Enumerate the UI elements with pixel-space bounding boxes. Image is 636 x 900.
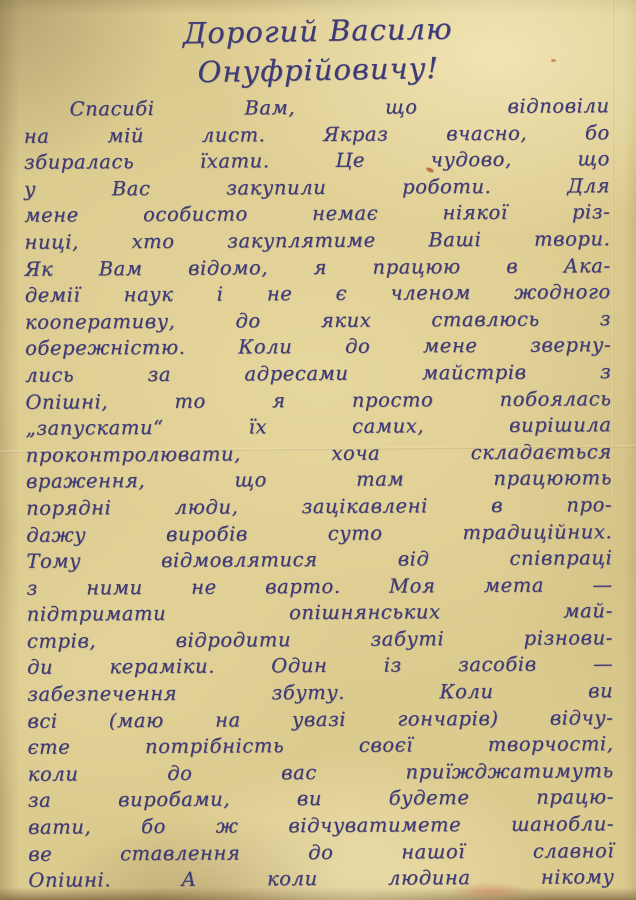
handwritten-line: коли до вас приїжджатимуть xyxy=(28,758,614,788)
handwritten-line: забезпечення збуту. Коли ви xyxy=(27,678,613,708)
handwritten-line: підтримати опішнянських май- xyxy=(27,598,613,628)
handwritten-line: мене особисто немає ніякої різ- xyxy=(24,200,610,230)
handwritten-line: порядні люди, зацікавлені в про- xyxy=(26,492,612,522)
handwritten-line: дажу виробів суто традиційних. xyxy=(26,519,612,549)
handwritten-line: Спасибі Вам, що відповіли xyxy=(24,93,610,123)
handwritten-line: лись за адресами майстрів з xyxy=(25,359,611,389)
handwritten-line: демії наук і не є членом жодного xyxy=(25,279,611,309)
handwritten-line: враження, що там працюють xyxy=(26,466,612,496)
handwritten-line: Як Вам відомо, я працюю в Ака- xyxy=(25,253,611,283)
handwritten-line: Опішні, то я просто побоялась xyxy=(25,386,611,416)
handwritten-line: обережністю. Коли до мене зверну- xyxy=(25,333,611,363)
handwritten-line: стрів, відродити забуті різнови- xyxy=(27,625,613,655)
salutation-line: Онуфрійовичу! xyxy=(58,46,579,94)
handwritten-line: „запускати“ їх самих, вирішила xyxy=(26,412,612,442)
handwritten-line: збиралась їхати. Це чудово, що xyxy=(24,146,610,176)
handwritten-line: всі (маю на увазі гончарів) відчу- xyxy=(27,705,613,735)
letter-salutation: Дорогий Василю Онуфрійовичу! xyxy=(57,7,578,94)
handwritten-line: з ними не варто. Моя мета — xyxy=(26,572,612,602)
handwritten-line: ве ставлення до нашої славної xyxy=(28,838,614,868)
rust-speck xyxy=(551,59,556,62)
handwritten-line: ниці, хто закуплятиме Ваші твори. xyxy=(24,226,610,256)
fold-crease-vertical xyxy=(612,0,614,495)
handwritten-line: на мій лист. Якраз вчасно, бо xyxy=(24,120,610,150)
handwritten-line: вати, бо ж відчуватимете шанобли- xyxy=(28,811,614,841)
handwritten-line: ди кераміки. Один із засобів — xyxy=(27,652,613,682)
paper-stain xyxy=(450,882,530,900)
handwritten-line: єте потрібність своєї творчості, xyxy=(27,731,613,761)
letter-paper: Дорогий Василю Онуфрійовичу! Спасибі Вам… xyxy=(0,0,636,900)
handwritten-line: проконтролювати, хоча складається xyxy=(26,439,612,469)
handwritten-line: у Вас закупили роботи. Для xyxy=(24,173,610,203)
handwritten-line: за виробами, ви будете працю- xyxy=(28,785,614,815)
handwritten-line: кооперативу, до яких ставлюсь з xyxy=(25,306,611,336)
letter-body: Спасибі Вам, що відповіли на мій лист. Я… xyxy=(24,93,615,894)
handwritten-line: Тому відмовлятися від співпраці xyxy=(26,545,612,575)
